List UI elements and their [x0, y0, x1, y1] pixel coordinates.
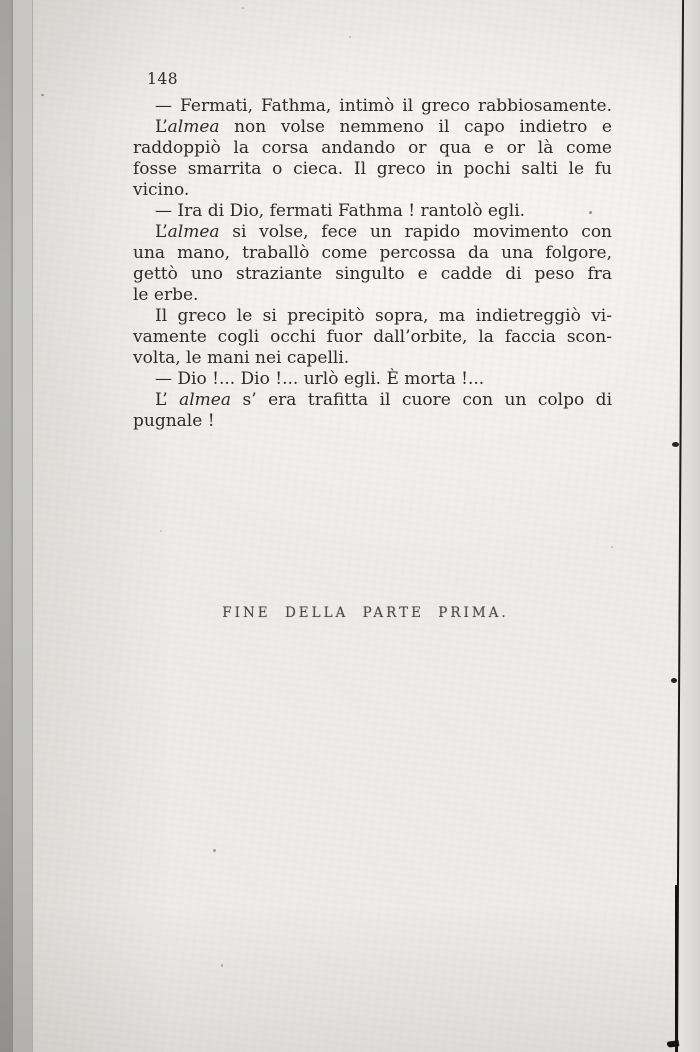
left-edge-margin-strip — [13, 0, 32, 1052]
text-segment: le erbe. — [133, 285, 198, 305]
text-segment: almea — [168, 222, 220, 242]
text-segment: — Ira di Dio, fermati Fathma ! rantolò e… — [155, 201, 525, 221]
page-fold-line-shadow — [675, 885, 679, 1052]
text-segment: L’ — [155, 222, 168, 242]
text-line: L’almea si volse, fece un rapido movimen… — [133, 222, 612, 243]
scan-speck — [611, 546, 613, 548]
paragraph: Il greco le si precipitò sopra, ma indie… — [133, 306, 612, 369]
text-segment: non volse nemmeno il capo indietro e — [220, 117, 612, 137]
left-edge-line-inner — [32, 0, 33, 1052]
text-segment: una mano, traballò come percossa da una … — [133, 243, 612, 263]
paragraph: L’almea non volse nemmeno il capo indiet… — [133, 117, 612, 201]
text-line: pugnale ! — [133, 411, 612, 432]
text-segment: almea — [179, 390, 231, 410]
text-line: una mano, traballò come percossa da una … — [133, 243, 612, 264]
text-segment: vamente cogli occhi fuor dall’orbite, la… — [133, 327, 612, 347]
left-scan-edge — [0, 0, 11, 1052]
text-segment: raddoppiò la corsa andando or qua e or l… — [133, 138, 612, 158]
paragraph: — Dio !... Dio !... urlò egli. È morta !… — [133, 369, 612, 390]
text-block: — Fermati, Fathma, intimò il greco rabbi… — [133, 96, 612, 432]
scan-speck — [221, 964, 223, 967]
scan-artifact — [672, 442, 679, 447]
scan-speck — [41, 94, 44, 96]
text-segment: almea — [168, 117, 220, 137]
text-segment: volta, le mani nei capelli. — [133, 348, 349, 368]
text-line: — Dio !... Dio !... urlò egli. È morta !… — [133, 369, 612, 390]
text-segment: vicino. — [133, 180, 189, 200]
paragraph: — Fermati, Fathma, intimò il greco rabbi… — [133, 96, 612, 117]
text-segment: si volse, fece un rapido movimento con — [220, 222, 612, 242]
scan-speck — [213, 849, 216, 852]
paragraph: — Ira di Dio, fermati Fathma ! rantolò e… — [133, 201, 612, 222]
text-segment: L’ — [155, 117, 168, 137]
scan-artifact — [671, 678, 677, 683]
text-line: — Fermati, Fathma, intimò il greco rabbi… — [133, 96, 612, 117]
scan-speck — [349, 36, 351, 38]
text-segment: — Fermati, Fathma, intimò il greco rabbi… — [155, 96, 612, 116]
text-line: raddoppiò la corsa andando or qua e or l… — [133, 138, 612, 159]
text-line: L’almea non volse nemmeno il capo indiet… — [133, 117, 612, 138]
text-segment: pugnale ! — [133, 411, 215, 431]
text-segment: fosse smarrita o cieca. Il greco in poch… — [133, 159, 612, 179]
part-end-caption: FINE DELLA PARTE PRIMA. — [133, 605, 598, 621]
text-line: gettò uno straziante singulto e cadde di… — [133, 264, 612, 285]
text-segment: s’ era trafitta il cuore con un colpo di — [231, 390, 612, 410]
text-line: L’ almea s’ era trafitta il cuore con un… — [133, 390, 612, 411]
text-line: — Ira di Dio, fermati Fathma ! rantolò e… — [133, 201, 612, 222]
text-line: le erbe. — [133, 285, 612, 306]
text-segment: Il greco le si precipitò sopra, ma indie… — [155, 306, 612, 326]
paragraph: L’ almea s’ era trafitta il cuore con un… — [133, 390, 612, 432]
scan-speck — [160, 530, 162, 532]
page-number: 148 — [147, 70, 178, 88]
text-line: vamente cogli occhi fuor dall’orbite, la… — [133, 327, 612, 348]
scanned-book-page: { "document": { "page_number": "148", "f… — [0, 0, 700, 1052]
text-segment: L’ — [155, 390, 179, 410]
text-line: volta, le mani nei capelli. — [133, 348, 612, 369]
text-line: Il greco le si precipitò sopra, ma indie… — [133, 306, 612, 327]
text-segment: gettò uno straziante singulto e cadde di… — [133, 264, 612, 284]
paragraph: L’almea si volse, fece un rapido movimen… — [133, 222, 612, 306]
scan-speck — [242, 7, 244, 9]
text-segment: — Dio !... Dio !... urlò egli. È morta !… — [155, 369, 484, 389]
text-line: fosse smarrita o cieca. Il greco in poch… — [133, 159, 612, 180]
text-line: vicino. — [133, 180, 612, 201]
